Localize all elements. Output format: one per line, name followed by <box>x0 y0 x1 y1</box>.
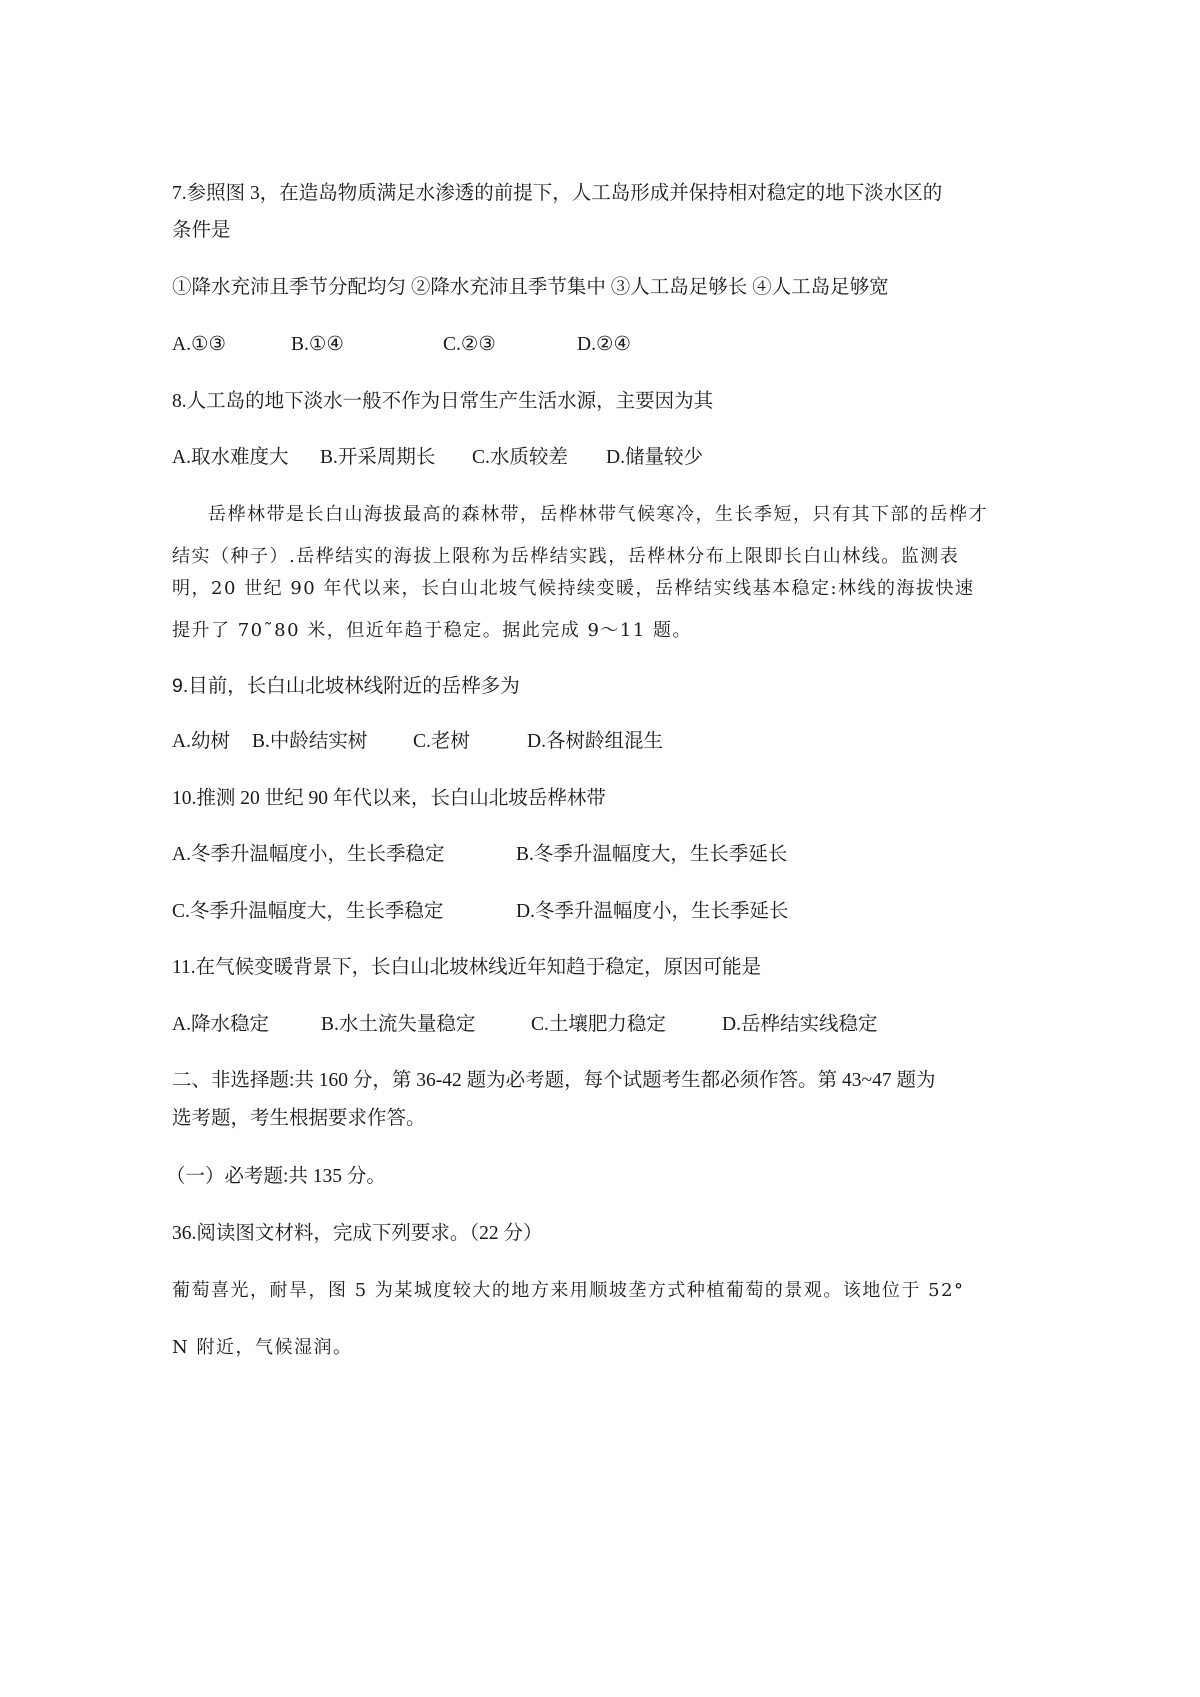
q10-option-b: B.冬季升温幅度大，生长季延长 <box>516 841 787 869</box>
q9-option-c: C.老树 <box>413 728 470 756</box>
q36-line2: N 附近，气候湿润。 <box>172 1334 352 1362</box>
q36-stem: 36.阅读图文材料，完成下列要求。（22 分） <box>172 1220 543 1248</box>
q11-option-c: C.土壤肥力稳定 <box>531 1011 666 1039</box>
passage-line-4: 提升了 70˜80 米，但近年趋于稳定。据此完成 9～11 题。 <box>172 617 692 645</box>
passage-line-2: 结实（种子）.岳桦结实的海拔上限称为岳桦结实践，岳桦林分布上限即长白山林线。监测… <box>172 543 959 571</box>
q10-option-c: C.冬季升温幅度大，生长季稳定 <box>172 898 443 926</box>
q8-option-b: B.开采周期长 <box>320 444 435 472</box>
q7-conditions: ①降水充沛且季节分配均匀 ②降水充沛且季节集中 ③人工岛足够长 ④人工岛足够宽 <box>172 274 889 302</box>
q36-line1: 葡萄喜光，耐旱，图 5 为某城度较大的地方来用顺坡垄方式种植葡萄的景观。该地位于… <box>172 1277 965 1305</box>
q9-option-b: B.中龄结实树 <box>252 728 367 756</box>
q11-stem: 11.在气候变暖背景下，长白山北坡林线近年知趋于稳定，原因可能是 <box>172 954 761 982</box>
passage-line-1: 岳桦林带是长白山海拔最高的森林带，岳桦林带气候寒冷，生长季短，只有其下部的岳桦才 <box>208 501 988 529</box>
q7-option-c: C.②③ <box>443 331 496 359</box>
q7-stem-line2: 条件是 <box>172 217 231 245</box>
q7-option-d: D.②④ <box>577 331 631 359</box>
q7-option-b: B.①④ <box>291 331 344 359</box>
q8-stem: 8.人工岛的地下淡水一般不作为日常生产生活水源，主要因为其 <box>172 388 713 416</box>
q9-stem: 9.目前，长白山北坡林线附近的岳桦多为 <box>172 672 520 700</box>
section2-line1: 二、非选择题:共 160 分，第 36-42 题为必考题，每个试题考生都必须作答… <box>172 1067 935 1095</box>
q8-option-a: A.取水难度大 <box>172 444 288 472</box>
q7-option-a: A.①③ <box>172 331 226 359</box>
q7-stem-line1: 7.参照图 3，在造岛物质满足水渗透的前提下，人工岛形成并保持相对稳定的地下淡水… <box>172 180 942 208</box>
q10-option-d: D.冬季升温幅度小，生长季延长 <box>516 898 788 926</box>
q9-option-d: D.各树龄组混生 <box>527 728 663 756</box>
section2-line2: 选考题，考生根据要求作答。 <box>172 1105 426 1133</box>
q10-option-a: A.冬季升温幅度小，生长季稳定 <box>172 841 444 869</box>
q11-option-a: A.降水稳定 <box>172 1011 269 1039</box>
q8-option-c: C.水质较差 <box>472 444 568 472</box>
q8-option-d: D.储量较少 <box>606 444 703 472</box>
q10-stem: 10.推测 20 世纪 90 年代以来，长白山北坡岳桦林带 <box>172 785 606 813</box>
section2-sub: （一）必考题:共 135 分。 <box>166 1163 386 1191</box>
q11-option-b: B.水土流失量稳定 <box>321 1011 475 1039</box>
q11-option-d: D.岳桦结实线稳定 <box>722 1011 877 1039</box>
q9-option-a: A.幼树 <box>172 728 230 756</box>
passage-line-3: 明，20 世纪 90 年代以来，长白山北坡气候持续变暖，岳桦结实线基本稳定:林线… <box>172 575 975 603</box>
